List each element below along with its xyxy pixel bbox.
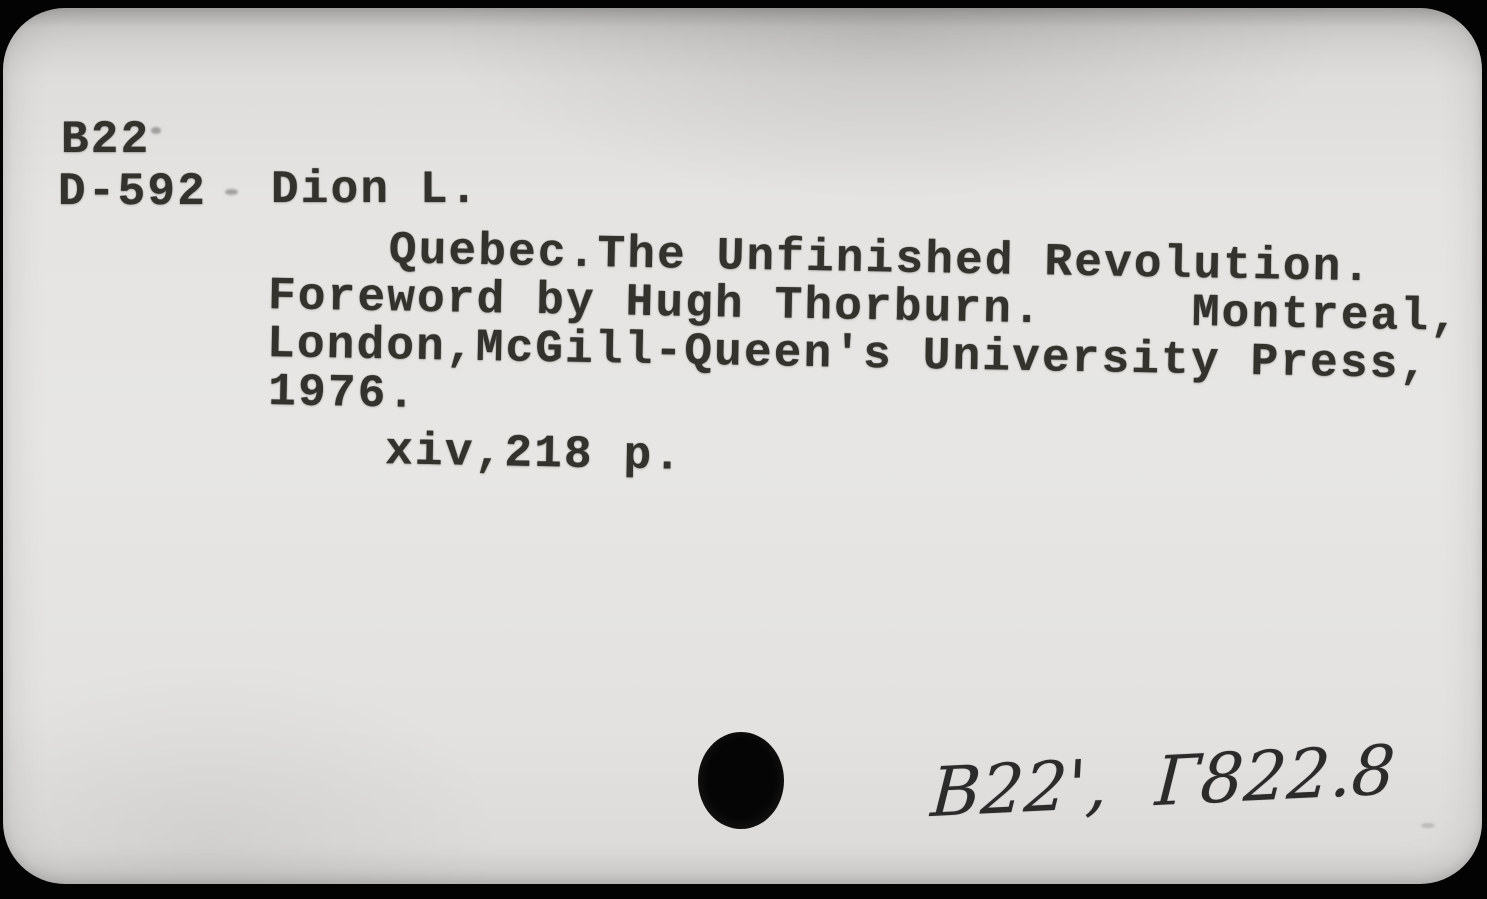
year-line: 1976. bbox=[268, 369, 418, 418]
handwritten-classification: Г822.8 bbox=[1153, 731, 1397, 822]
ink-dot bbox=[698, 732, 784, 829]
collation-pages-line: xiv,218 p. bbox=[385, 428, 684, 479]
scan-speck bbox=[151, 127, 161, 134]
handwritten-call-number: B22', bbox=[929, 745, 1110, 833]
scanner-background: B22 D-592 Dion L. Quebec.The Unfinished … bbox=[0, 0, 1487, 899]
catalog-card: B22 D-592 Dion L. Quebec.The Unfinished … bbox=[3, 8, 1482, 884]
scan-speck bbox=[225, 189, 238, 195]
scan-speck bbox=[1421, 823, 1435, 828]
